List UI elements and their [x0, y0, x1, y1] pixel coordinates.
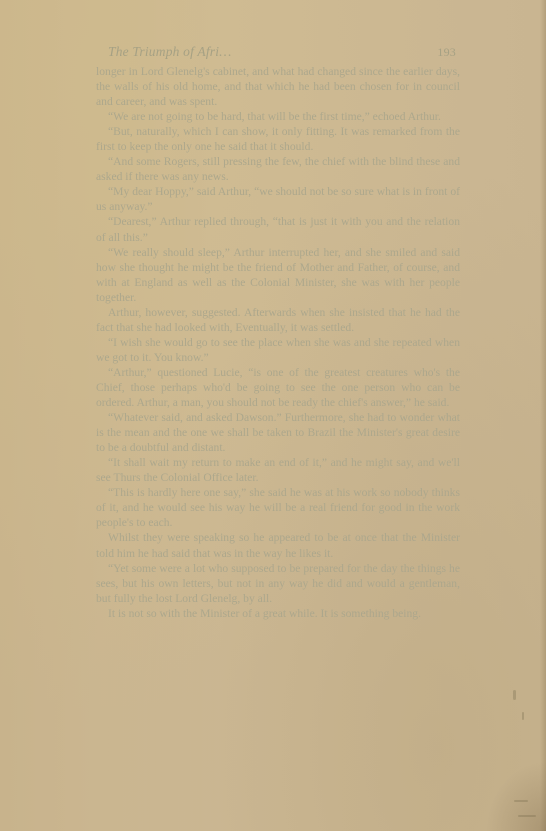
book-page: The Triumph of Afri… 193 longer in Lord …: [0, 0, 546, 831]
paragraph: “We really should sleep,” Arthur interru…: [96, 245, 460, 305]
paragraph: “Yet some were a lot who supposed to be …: [96, 561, 460, 606]
paragraph: “Dearest,” Arthur replied through, “that…: [96, 214, 460, 244]
paragraph: “And some Rogers, still pressing the few…: [96, 154, 460, 184]
corner-wear: [486, 761, 546, 831]
paragraph: “My dear Hoppy,” said Arthur, “we should…: [96, 184, 460, 214]
paragraph: Arthur, however, suggested. Afterwards w…: [96, 305, 460, 335]
page-edge-shadow: [540, 0, 546, 831]
margin-mark: [522, 712, 524, 720]
paragraph: “Arthur,” questioned Lucie, “is one of t…: [96, 365, 460, 410]
paragraph: “It shall wait my return to make an end …: [96, 455, 460, 485]
paragraph: “But, naturally, which I can show, it on…: [96, 124, 460, 154]
running-title: The Triumph of Afri…: [108, 44, 231, 60]
paragraph: “I wish she would go to see the place wh…: [96, 335, 460, 365]
paragraph: “This is hardly here one say,” she said …: [96, 485, 460, 530]
running-header: The Triumph of Afri… 193: [108, 44, 456, 60]
body-text: longer in Lord Glenelg's cabinet, and wh…: [96, 64, 460, 621]
paragraph: longer in Lord Glenelg's cabinet, and wh…: [96, 64, 460, 109]
paragraph: It is not so with the Minister of a grea…: [96, 606, 460, 621]
paragraph: “We are not going to be hard, that will …: [96, 109, 460, 124]
paragraph: “Whatever said, and asked Dawson.” Furth…: [96, 410, 460, 455]
page-number: 193: [437, 45, 456, 60]
margin-mark: [513, 690, 516, 700]
paragraph: Whilst they were speaking so he appeared…: [96, 530, 460, 560]
